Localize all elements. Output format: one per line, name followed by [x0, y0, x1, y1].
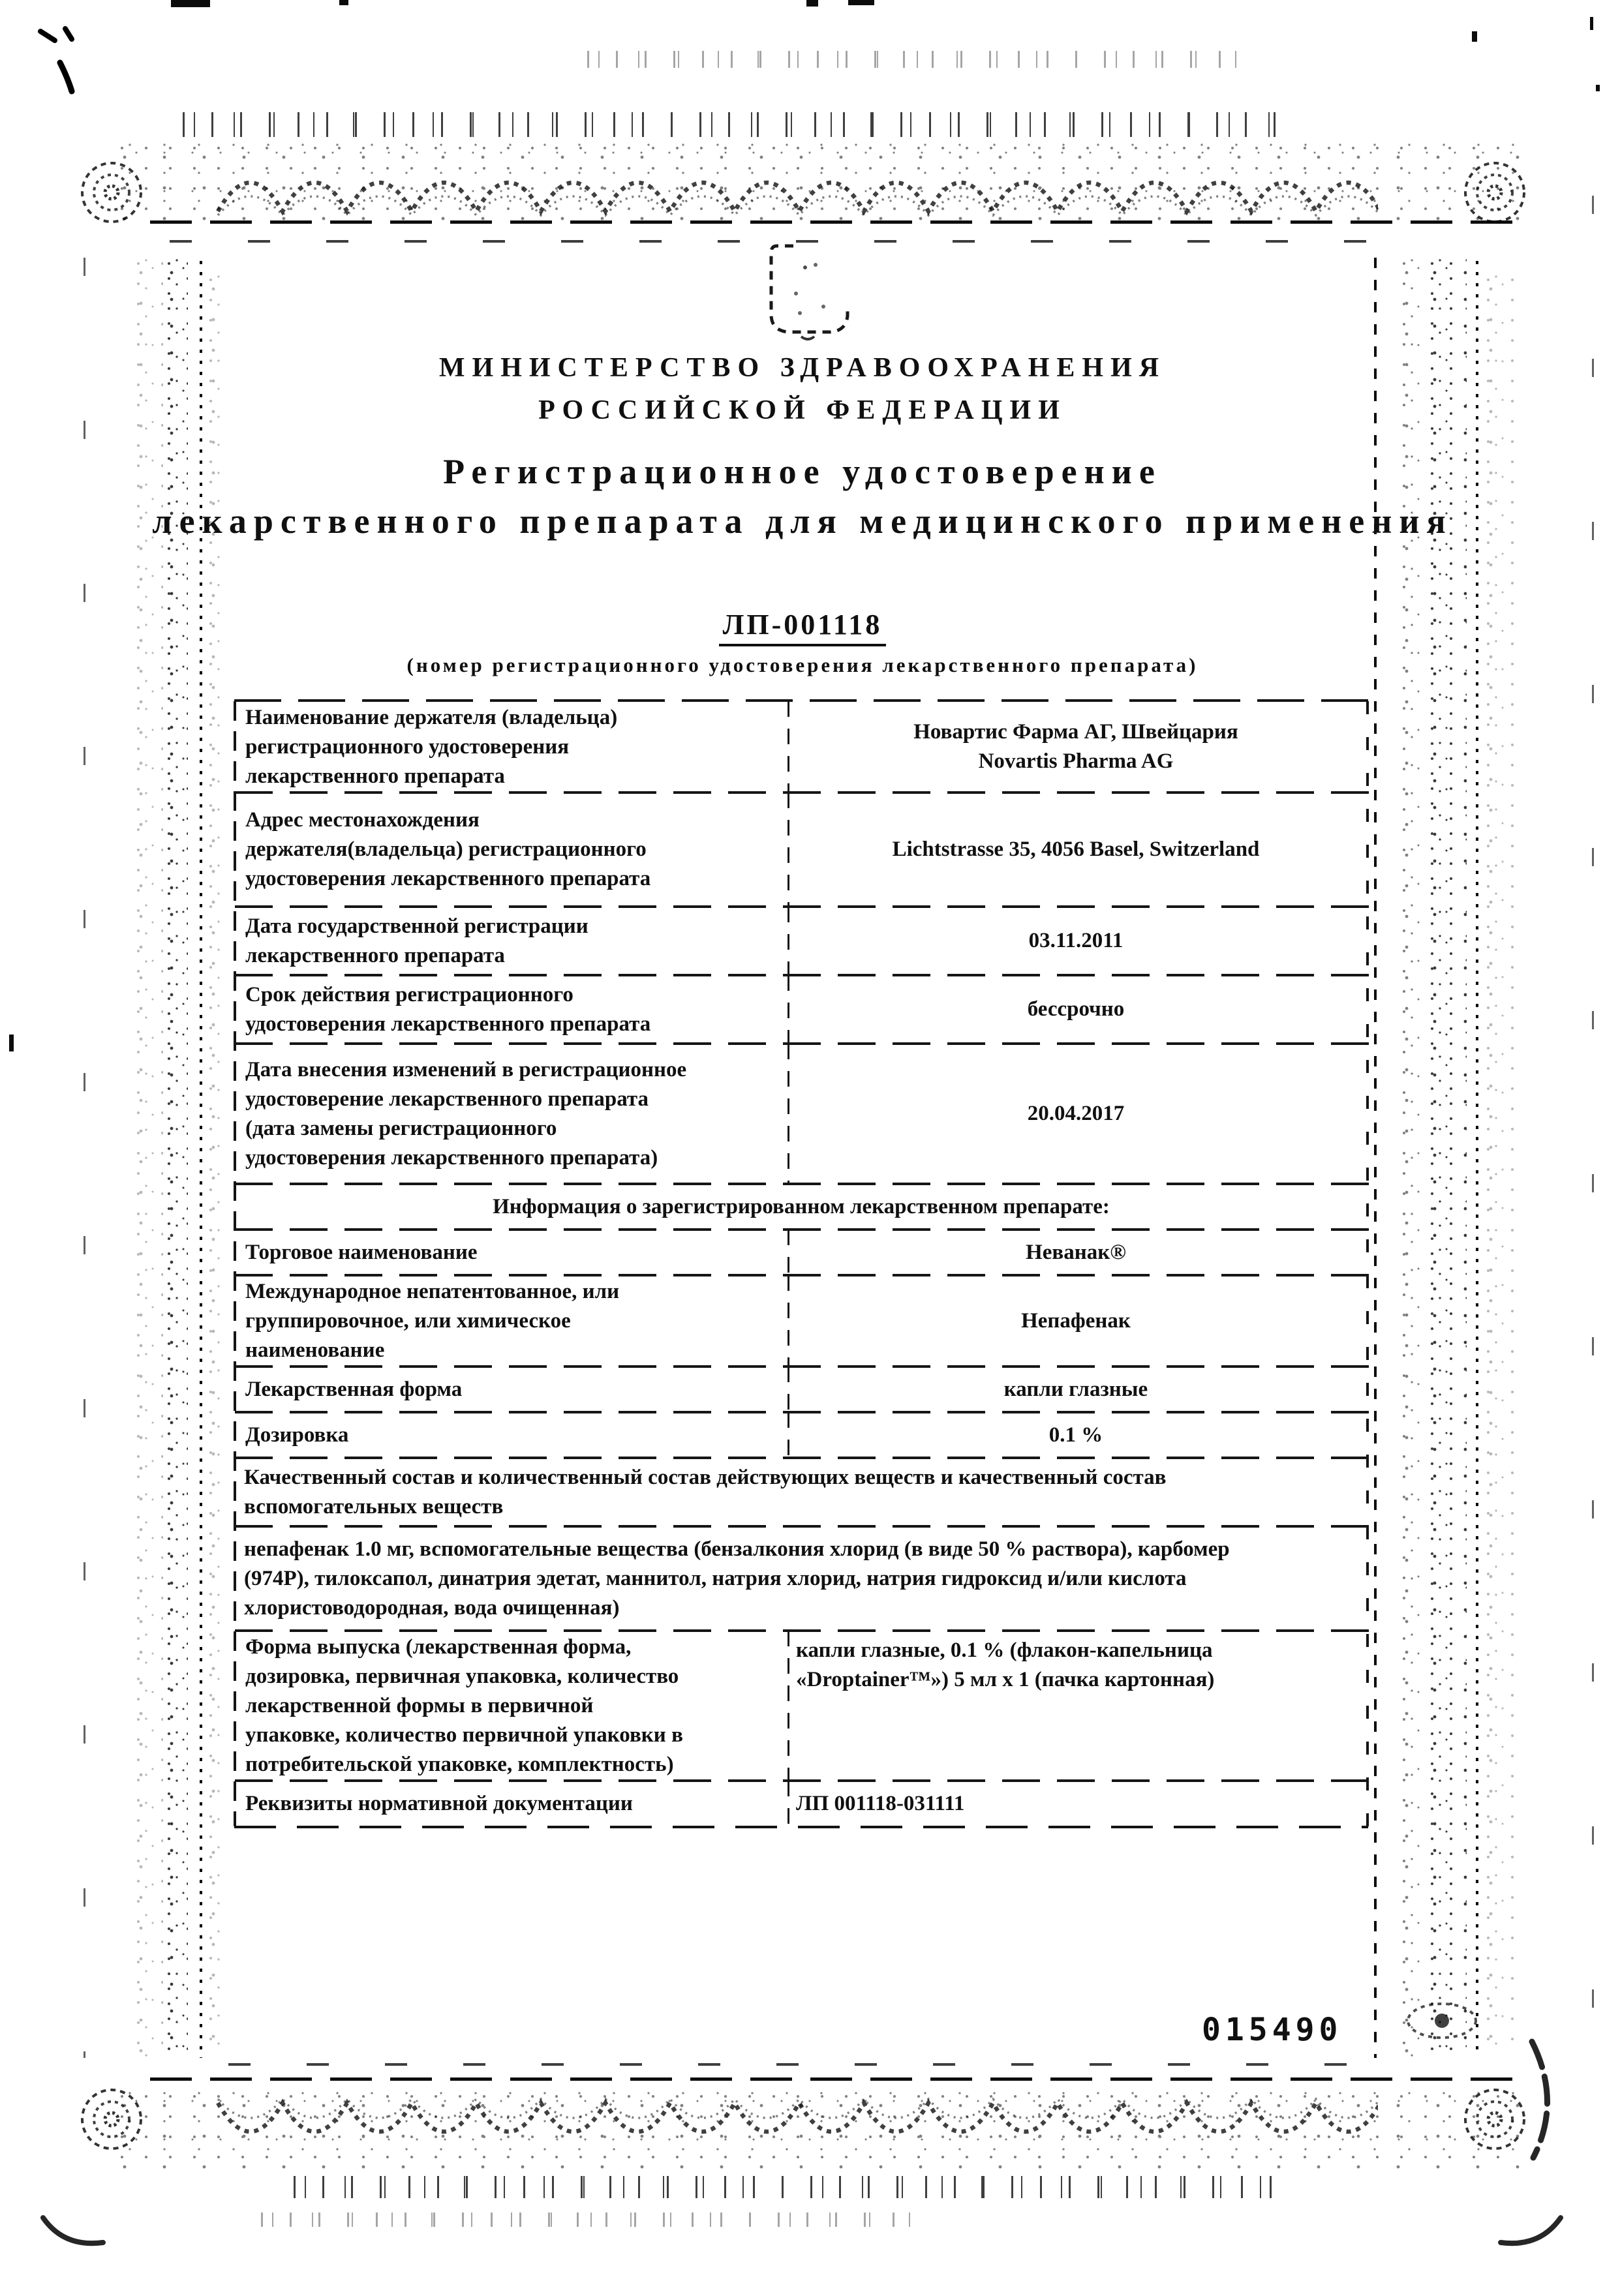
scan-artifact	[1590, 17, 1593, 30]
border-ticks-bottom-outer	[261, 2213, 913, 2227]
text-line: потребительской упаковке, комплектность)	[245, 1750, 780, 1779]
text-line: ЛП 001118-031111	[796, 1789, 964, 1819]
certificate-number-caption: (номер регистрационного удостоверения ле…	[0, 654, 1605, 677]
row-value: Непафенак	[786, 1275, 1366, 1367]
border-rosette-bottom-left	[77, 2085, 146, 2154]
table-row-trade-name: Торговое наименование Неванак®	[236, 1230, 1366, 1275]
text-line: Новартис Фарма АГ, Швейцария	[913, 717, 1238, 747]
text-line: лекарственной формы в первичной	[245, 1691, 780, 1721]
row-label: Форма выпуска (лекарственная форма, дози…	[236, 1631, 786, 1781]
row-label: Реквизиты нормативной документации	[236, 1781, 786, 1826]
border-ticks-top	[183, 112, 1279, 137]
scan-artifact	[806, 0, 818, 7]
table-row-registration-date: Дата государственной регистрации лекарст…	[236, 907, 1366, 975]
table-row-holder-address: Адрес местонахождения держателя(владельц…	[236, 793, 1366, 907]
row-label: Лекарственная форма	[236, 1367, 786, 1412]
registration-table: Наименование держателя (владельца) регис…	[236, 701, 1366, 1826]
column-divider	[787, 1275, 789, 1367]
scan-artifact	[339, 0, 348, 5]
text-line: удостоверения лекарственного препарата)	[245, 1143, 780, 1173]
text-line: регистрационного удостоверения	[245, 733, 780, 762]
row-divider	[235, 1525, 1369, 1528]
text-line: Дозировка	[245, 1421, 780, 1450]
corner-flourish	[1404, 1993, 1554, 2163]
table-row-composition-body: непафенак 1.0 мг, вспомогательные вещест…	[236, 1526, 1366, 1631]
text-line: (974Р), тилоксапол, динатрия эдетат, ман…	[244, 1564, 1366, 1594]
text-line: Lichtstrasse 35, 4056 Basel, Switzerland	[893, 835, 1260, 864]
text-line: лекарственного препарата	[245, 941, 780, 971]
document-title-line1: Регистрационное удостоверение	[0, 451, 1605, 492]
text-line: Дата внесения изменений в регистрационно…	[245, 1055, 780, 1085]
border-ticks-top-outer	[587, 51, 1240, 68]
border-ticks-bottom	[294, 2176, 1272, 2198]
scan-artifact	[1596, 85, 1600, 91]
table-row-inn: Международное непатентованное, или групп…	[236, 1275, 1366, 1367]
text-line: Novartis Pharma AG	[979, 747, 1174, 776]
row-label: Наименование держателя (владельца) регис…	[236, 701, 786, 793]
row-divider	[235, 1629, 1369, 1632]
row-value: Lichtstrasse 35, 4056 Basel, Switzerland	[786, 793, 1366, 907]
text-line: Срок действия регистрационного	[245, 980, 780, 1010]
border-hook-bottom-right	[1494, 2215, 1566, 2254]
row-value: бессрочно	[786, 975, 1366, 1044]
text-line: держателя(владельца) регистрационного	[245, 835, 780, 864]
column-divider	[787, 1230, 789, 1275]
text-line: бессрочно	[1028, 995, 1125, 1024]
table-row-composition-heading: Качественный состав и количественный сос…	[236, 1458, 1366, 1526]
scan-artifact	[1472, 31, 1477, 42]
scan-artifact	[848, 0, 874, 5]
row-divider	[235, 1228, 1369, 1231]
faded-emblem	[767, 243, 853, 340]
row-divider	[235, 1183, 1369, 1185]
certificate-number-text: ЛП-001118	[719, 608, 887, 646]
text-line: «Droptainer™») 5 мл х 1 (пачка картонная…	[796, 1665, 1214, 1695]
border-garland-bottom	[215, 2092, 1378, 2168]
text-line: капли глазные	[1004, 1375, 1148, 1404]
text-line: Форма выпуска (лекарственная форма,	[245, 1633, 780, 1662]
text-line: Дата государственной регистрации	[245, 912, 780, 941]
table-row-release-form: Форма выпуска (лекарственная форма, дози…	[236, 1631, 1366, 1781]
row-divider	[235, 791, 1369, 794]
text-line: удостоверение лекарственного препарата	[245, 1085, 780, 1114]
row-label: Дата государственной регистрации лекарст…	[236, 907, 786, 975]
table-row-normative-docs: Реквизиты нормативной документации ЛП 00…	[236, 1781, 1366, 1826]
border-rule-top-dense	[150, 220, 1523, 224]
text-line: вспомогательных веществ	[244, 1492, 1366, 1522]
border-rule-bottom-sparse	[228, 2063, 1370, 2066]
table-row-holder-name: Наименование держателя (владельца) регис…	[236, 701, 1366, 793]
scan-artifact	[9, 1035, 14, 1051]
text-line: удостоверения лекарственного препарата	[245, 1010, 780, 1039]
text-line: 03.11.2011	[1029, 926, 1123, 956]
text-line: Торговое наименование	[245, 1238, 780, 1267]
table-border-right	[1366, 701, 1369, 1826]
row-divider	[235, 974, 1369, 976]
text-line: наименование	[245, 1336, 780, 1365]
table-row-dosage: Дозировка 0.1 %	[236, 1412, 1366, 1458]
column-divider	[787, 701, 789, 793]
row-label: Адрес местонахождения держателя(владельц…	[236, 793, 786, 907]
ministry-name-line2: РОССИЙСКОЙ ФЕДЕРАЦИИ	[0, 395, 1605, 426]
row-value: ЛП 001118-031111	[786, 1781, 1366, 1826]
row-label: Дозировка	[236, 1412, 786, 1458]
row-divider	[235, 1365, 1369, 1368]
column-divider	[787, 793, 789, 907]
row-value: Новартис Фарма АГ, Швейцария Novartis Ph…	[786, 701, 1366, 793]
text-line: Наименование держателя (владельца)	[245, 703, 780, 733]
text-line: Качественный состав и количественный сос…	[244, 1463, 1366, 1492]
text-line: (дата замены регистрационного	[245, 1114, 780, 1143]
text-line: Реквизиты нормативной документации	[245, 1789, 780, 1819]
certificate-number: ЛП-001118	[0, 608, 1605, 646]
row-divider	[235, 1779, 1369, 1782]
row-label: Дата внесения изменений в регистрационно…	[236, 1044, 786, 1184]
document-title-line2: лекарственного препарата для медицинског…	[0, 501, 1605, 541]
row-label: Торговое наименование	[236, 1230, 786, 1275]
row-value: капли глазные, 0.1 % (флакон-капельница …	[786, 1631, 1366, 1781]
serial-number: 015490	[1202, 2012, 1342, 2048]
row-label: Срок действия регистрационного удостовер…	[236, 975, 786, 1044]
row-value: 0.1 %	[786, 1412, 1366, 1458]
scan-artifact	[171, 0, 210, 7]
text-line: дозировка, первичная упаковка, количеств…	[245, 1662, 780, 1691]
row-divider	[235, 905, 1369, 908]
row-value: 20.04.2017	[786, 1044, 1366, 1184]
table-row-dosage-form: Лекарственная форма капли глазные	[236, 1367, 1366, 1412]
row-value: 03.11.2011	[786, 907, 1366, 975]
border-rosette-top-right	[1460, 158, 1529, 227]
scanned-certificate-page: { "colors": { "ink": "#111111", "paper":…	[0, 0, 1605, 2296]
column-divider	[787, 907, 789, 975]
section-heading-text: Информация о зарегистрированном лекарств…	[493, 1192, 1110, 1222]
text-line: удостоверения лекарственного препарата	[245, 864, 780, 894]
text-line: упаковке, количество первичной упаковки …	[245, 1721, 780, 1750]
text-line: лекарственного препарата	[245, 762, 780, 791]
border-rosette-top-left	[77, 158, 146, 227]
border-hook-bottom-left	[38, 2215, 110, 2254]
text-line: 0.1 %	[1049, 1421, 1103, 1450]
text-line: группировочное, или химическое	[245, 1307, 780, 1336]
row-label: Международное непатентованное, или групп…	[236, 1275, 786, 1367]
border-garland-top	[215, 146, 1378, 222]
text-line: Неванак®	[1026, 1238, 1126, 1267]
row-divider	[235, 1042, 1369, 1045]
ministry-name-line1: МИНИСТЕРСТВО ЗДРАВООХРАНЕНИЯ	[0, 352, 1605, 384]
border-rule-bottom-dense	[150, 2077, 1523, 2081]
table-section-heading: Информация о зарегистрированном лекарств…	[236, 1184, 1366, 1230]
text-line: непафенак 1.0 мг, вспомогательные вещест…	[244, 1535, 1366, 1564]
text-line: Адрес местонахождения	[245, 806, 780, 835]
pen-mark	[26, 13, 144, 130]
row-divider	[235, 1457, 1369, 1459]
row-divider	[235, 1411, 1369, 1413]
column-divider	[787, 1781, 789, 1826]
text-line: 20.04.2017	[1028, 1099, 1125, 1128]
row-divider	[235, 1274, 1369, 1276]
text-line: Непафенак	[1021, 1307, 1131, 1336]
table-row-validity: Срок действия регистрационного удостовер…	[236, 975, 1366, 1044]
column-divider	[787, 1367, 789, 1412]
text-line: Международное непатентованное, или	[245, 1277, 780, 1307]
text-line: хлористоводородная, вода очищенная)	[244, 1594, 1366, 1623]
text-line: Лекарственная форма	[245, 1375, 780, 1404]
column-divider	[787, 1044, 789, 1184]
column-divider	[787, 975, 789, 1044]
row-value: капли глазные	[786, 1367, 1366, 1412]
text-line: капли глазные, 0.1 % (флакон-капельница	[796, 1636, 1212, 1665]
column-divider	[787, 1412, 789, 1458]
row-value: Неванак®	[786, 1230, 1366, 1275]
table-row-amendment-date: Дата внесения изменений в регистрационно…	[236, 1044, 1366, 1184]
column-divider	[787, 1631, 789, 1781]
